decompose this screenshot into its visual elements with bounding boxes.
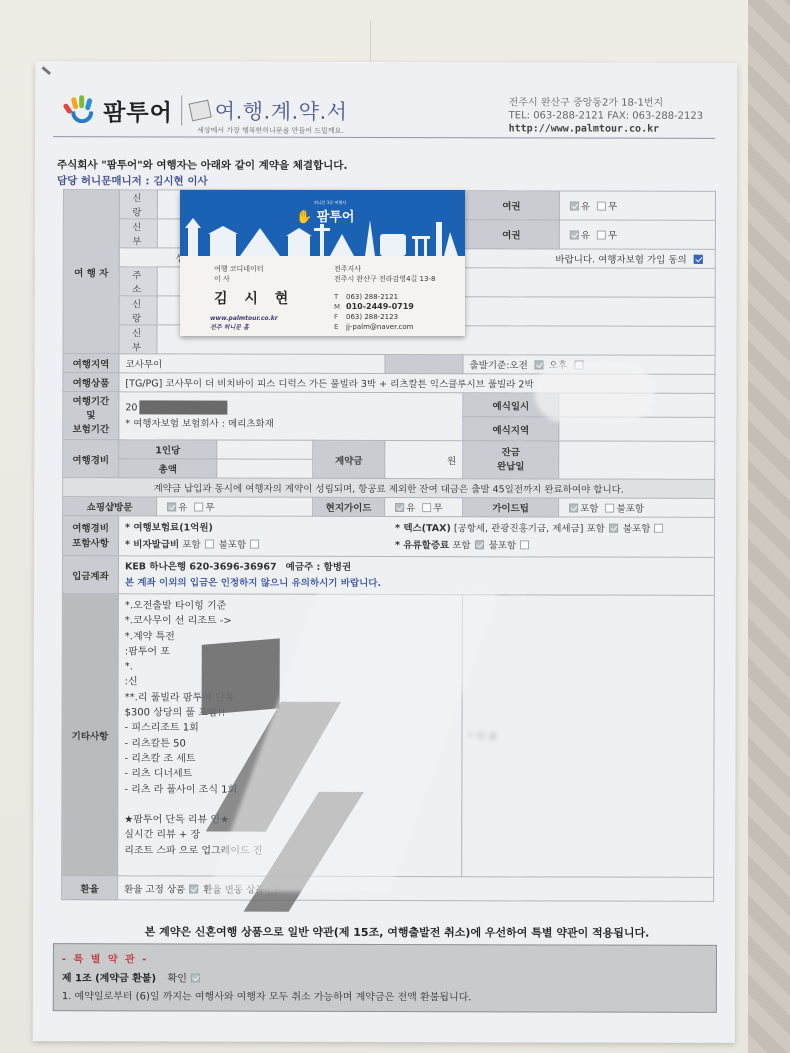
exchange-options: 환율 고정 상품 환율 변동 상품 xyxy=(118,876,714,902)
bank-account: KEB 하나은행 620-3696-36967 xyxy=(125,561,277,572)
included-label: 여행경비포함사항 xyxy=(62,516,118,556)
bride-contact-label: 신 부 xyxy=(119,325,157,354)
slogan: 세상에서 가장 행복한허니문을 만들어 드릴께요. xyxy=(197,126,343,136)
bride-passport-no-checkbox[interactable] xyxy=(597,231,606,240)
included-row: 여행경비포함사항 * 여행보험료(1억원) * 텍스(TAX) [공항세, 관광… xyxy=(62,516,714,558)
account-info: KEB 하나은행 620-3696-36967 예금주 : 함병권 본 계좌 이… xyxy=(118,556,714,596)
card-role: 여행 코디네이터이 사 xyxy=(214,264,264,284)
bride-passport-options: 유 무 xyxy=(559,220,715,249)
card-branch: 전주지사전주시 완산구 전라감영4길 13-8 xyxy=(334,264,435,284)
cost-label: 여행경비 xyxy=(63,440,119,478)
groom-passport-options: 유 무 xyxy=(559,191,715,220)
company-address-block: 전주시 완산구 중앙동2가 18-1번지 TEL: 063-288-2121 F… xyxy=(509,96,704,136)
address-label: 주 소 xyxy=(119,267,157,296)
bride-passport-label: 여권 xyxy=(463,220,559,249)
region-mid-label xyxy=(385,354,463,373)
cost-row-1: 여행경비 1인당 계약금 원 잔금완납일 xyxy=(63,440,715,461)
region-value: 코사무이 xyxy=(119,354,385,374)
product-label: 여행상품 xyxy=(63,373,119,392)
exchange-fixed-checkbox[interactable] xyxy=(189,884,198,893)
document-icon xyxy=(188,100,211,122)
tax-include-checkbox[interactable] xyxy=(609,523,618,532)
per-person-value xyxy=(217,440,313,459)
redaction-mark xyxy=(534,362,654,422)
groom-passport-label: 여권 xyxy=(463,191,559,220)
balance-date-label: 잔금완납일 xyxy=(463,441,559,479)
business-card: 허니문 1등 여행사✋ 팜투어 여행 코디네이터이 사 김 시 현 www.pa… xyxy=(180,190,465,336)
special-terms-title: - 특 별 약 관 - xyxy=(62,950,708,967)
card-fax: 063) 288-2123 xyxy=(346,313,398,321)
deposit-value: 원 xyxy=(385,440,463,478)
staple-icon xyxy=(41,66,51,75)
special-terms-box: - 특 별 약 관 - 제 1조 (계약금 환불) 확인 1. 예약일로부터 (… xyxy=(53,943,717,1013)
insurance-consent-checkbox[interactable] xyxy=(694,255,703,264)
period-value: 20 * 여행자보험 보험회사 : 메리츠화재 xyxy=(119,392,463,441)
redaction-mark xyxy=(202,638,280,715)
bride-passport-yes-checkbox[interactable] xyxy=(570,230,579,239)
account-warning: 본 계좌 이외의 입금은 인정하지 않으니 유의하시기 바랍니다. xyxy=(125,575,708,593)
cost-notice-row: 계약금 납입과 동시에 여행자의 계약이 성립되며, 항공료 제외한 잔여 대금… xyxy=(63,478,715,499)
guide-no-checkbox[interactable] xyxy=(422,503,431,512)
included-insurance: * 여행보험료(1억원) xyxy=(125,519,395,537)
document-header: 팜투어 여.행.계.약.서 세상에서 가장 행복한허니문을 만들어 드릴께요. … xyxy=(53,87,715,139)
background-fabric xyxy=(748,0,790,1053)
company-address: 전주시 완산구 중앙동2가 18-1번지 xyxy=(509,96,704,110)
included-items: * 여행보험료(1억원) * 텍스(TAX) [공항세, 관광진흥기금, 제세금… xyxy=(118,516,714,558)
per-person-label: 1인당 xyxy=(119,440,217,459)
fuel-exclude-checkbox[interactable] xyxy=(520,540,529,549)
card-name: 김 시 현 xyxy=(214,288,294,308)
total-label: 총액 xyxy=(119,459,217,478)
total-value xyxy=(217,459,313,478)
special-terms-article: 제 1조 (계약금 환불) 확인 xyxy=(62,969,708,986)
company-url: http://www.palmtour.co.kr xyxy=(509,122,704,136)
notes-right: * 지 .0 xyxy=(462,595,715,878)
shopping-no-checkbox[interactable] xyxy=(194,503,203,512)
account-label: 입금계좌 xyxy=(62,556,118,594)
visa-exclude-checkbox[interactable] xyxy=(250,539,259,548)
tax-exclude-checkbox[interactable] xyxy=(654,523,663,532)
included-fuel: * 유류할증료 포함 불포함 xyxy=(395,537,531,554)
options-row: 쇼핑샵방문 유 무 현지가이드 유 무 가이드팁 포함 불포함 xyxy=(63,497,715,518)
period-label: 여행기간및보험기간 xyxy=(63,392,119,440)
world-landmarks-icon xyxy=(180,216,465,256)
guide-tip-options: 포함 불포함 xyxy=(559,498,715,517)
local-guide-options: 유 무 xyxy=(385,497,463,516)
hand-logo-icon xyxy=(63,93,99,127)
company-tel-fax: TEL: 063-288-2121 FAX: 063-288-2123 xyxy=(509,109,704,123)
deposit-label: 계약금 xyxy=(313,440,385,478)
card-email: jj-palm@naver.com xyxy=(346,323,414,331)
local-guide-label: 현지가이드 xyxy=(313,497,385,516)
region-label: 여행지역 xyxy=(63,354,119,373)
shopping-options: 유 무 xyxy=(157,497,313,516)
bride-label: 신 부 xyxy=(119,219,157,248)
card-contacts: T063) 288-2121 M010-2449-0719 F063) 288-… xyxy=(334,292,414,332)
brand-name: 팜투어 xyxy=(103,94,173,127)
groom-passport-yes-checkbox[interactable] xyxy=(570,201,579,210)
groom-label: 신 랑 xyxy=(119,190,157,219)
card-mobile: 010-2449-0719 xyxy=(346,302,414,311)
account-holder: 예금주 : 함병권 xyxy=(286,561,352,572)
groom-passport-no-checkbox[interactable] xyxy=(597,202,606,211)
ceremony-place-label: 예식지역 xyxy=(463,417,559,441)
traveler-section-label: 여 행 자 xyxy=(63,190,119,354)
guide-tip-label: 가이드팁 xyxy=(463,498,559,517)
included-tax: * 텍스(TAX) [공항세, 관광진흥기금, 제세금] 포함 불포함 xyxy=(395,520,665,538)
tip-include-checkbox[interactable] xyxy=(569,503,578,512)
exchange-label: 환율 xyxy=(62,876,118,900)
company-logo: 팜투어 여.행.계.약.서 xyxy=(63,93,347,128)
cost-notice: 계약금 납입과 동시에 여행자의 계약이 성립되며, 항공료 제외한 잔여 대금… xyxy=(63,478,715,499)
tip-exclude-checkbox[interactable] xyxy=(606,504,615,513)
included-visa: * 비자발급비 포함 불포함 xyxy=(125,536,395,554)
intro-text: 주식회사 "팜투어"와 여행자는 아래와 같이 계약을 체결합니다. xyxy=(57,157,347,173)
guide-yes-checkbox[interactable] xyxy=(395,503,404,512)
shopping-yes-checkbox[interactable] xyxy=(167,502,176,511)
article-confirm-checkbox[interactable] xyxy=(191,973,200,982)
document-title: 여.행.계.약.서 xyxy=(215,96,348,126)
card-tel: 063) 288-2121 xyxy=(346,293,398,301)
shopping-label: 쇼핑샵방문 xyxy=(63,497,157,516)
card-website: www.palmtour.co.kr전주 허니문 홈 xyxy=(210,314,278,332)
departure-am-checkbox[interactable] xyxy=(535,360,544,369)
business-card-details: 여행 코디네이터이 사 김 시 현 www.palmtour.co.kr전주 허… xyxy=(180,256,465,336)
insurance-consent-text: 바랍니다. 여행자보험 가입 동의 xyxy=(555,254,686,265)
fuel-include-checkbox[interactable] xyxy=(475,540,484,549)
account-row: 입금계좌 KEB 하나은행 620-3696-36967 예금주 : 함병권 본… xyxy=(62,556,714,596)
visa-include-checkbox[interactable] xyxy=(205,539,214,548)
insurance-company: * 여행자보험 보험회사 : 메리츠화재 xyxy=(125,416,456,433)
balance-date-value xyxy=(559,441,715,479)
special-terms-notice: 본 계약은 신혼여행 상품으로 일반 약관(제 15조, 여행출발전 취소)에 … xyxy=(77,923,717,941)
special-terms-line-1: 1. 예약일로부터 (6)일 까지는 여행사와 여행자 모두 취소 가능하며 계… xyxy=(62,987,708,1004)
groom-contact-label: 신 랑 xyxy=(119,296,157,325)
business-card-banner: 허니문 1등 여행사✋ 팜투어 xyxy=(180,190,465,256)
manager-text: 담당 허니문매니저 : 김시현 이사 xyxy=(57,173,208,188)
notes-label: 기타사항 xyxy=(62,594,119,876)
